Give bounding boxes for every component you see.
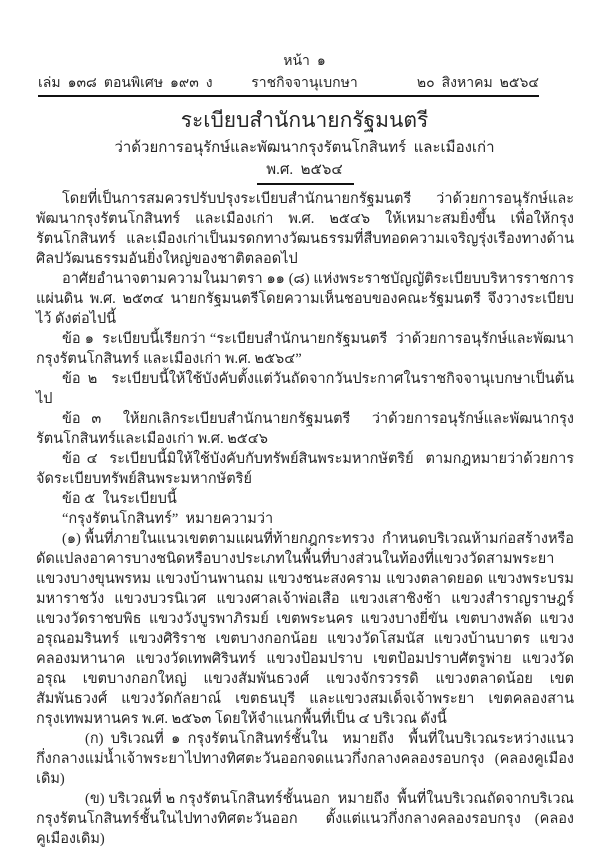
- document-year: พ.ศ. ๒๕๖๔: [0, 160, 609, 180]
- paragraph-zone-a: (ก) บริเวณที่ ๑ กรุงรัตนโกสินทร์ชั้นใน ห…: [36, 729, 574, 789]
- paragraph-clause-4: ข้อ ๔ ระเบียบนี้มิให้ใช้บังคับกับทรัพย์ส…: [36, 449, 574, 489]
- paragraph-authority: อาศัยอำนาจตามความในมาตรา ๑๑ (๘) แห่งพระร…: [36, 269, 574, 329]
- paragraph-clause-3: ข้อ ๓ ให้ยกเลิกระเบียบสำนักนายกรัฐมนตรี …: [36, 409, 574, 449]
- paragraph-definition-heading: “กรุงรัตนโกสินทร์” หมายความว่า: [36, 509, 574, 529]
- paragraph-clause-2: ข้อ ๒ ระเบียบนี้ให้ใช้บังคับตั้งแต่วันถั…: [36, 369, 574, 409]
- paragraph-zone-b: (ข) บริเวณที่ ๒ กรุงรัตนโกสินทร์ชั้นนอก …: [36, 789, 574, 849]
- document-subtitle: ว่าด้วยการอนุรักษ์และพัฒนากรุงรัตนโกสินท…: [0, 138, 609, 158]
- paragraph-clause-1: ข้อ ๑ ระเบียบนี้เรียกว่า “ระเบียบสำนักนา…: [36, 329, 574, 369]
- document-body: โดยที่เป็นการสมควรปรับปรุงระเบียบสำนักนา…: [36, 189, 574, 849]
- page-number-label: หน้า ๑: [0, 53, 609, 71]
- header-divider-rule: [38, 95, 539, 97]
- title-divider-rule: [257, 183, 354, 185]
- paragraph-definition-1: (๑) พื้นที่ภายในแนวเขตตามแผนที่ท้ายกฎกระ…: [36, 529, 574, 729]
- gazette-name-label: ราชกิจจานุเบกษา: [0, 74, 609, 94]
- gazette-page: หน้า ๑ เล่ม ๑๓๘ ตอนพิเศษ ๑๙๓ ง ๒๐ สิงหาค…: [0, 0, 609, 864]
- document-title: ระเบียบสำนักนายกรัฐมนตรี: [0, 106, 609, 134]
- paragraph-preamble: โดยที่เป็นการสมควรปรับปรุงระเบียบสำนักนา…: [36, 189, 574, 269]
- paragraph-clause-5: ข้อ ๕ ในระเบียบนี้: [36, 489, 574, 509]
